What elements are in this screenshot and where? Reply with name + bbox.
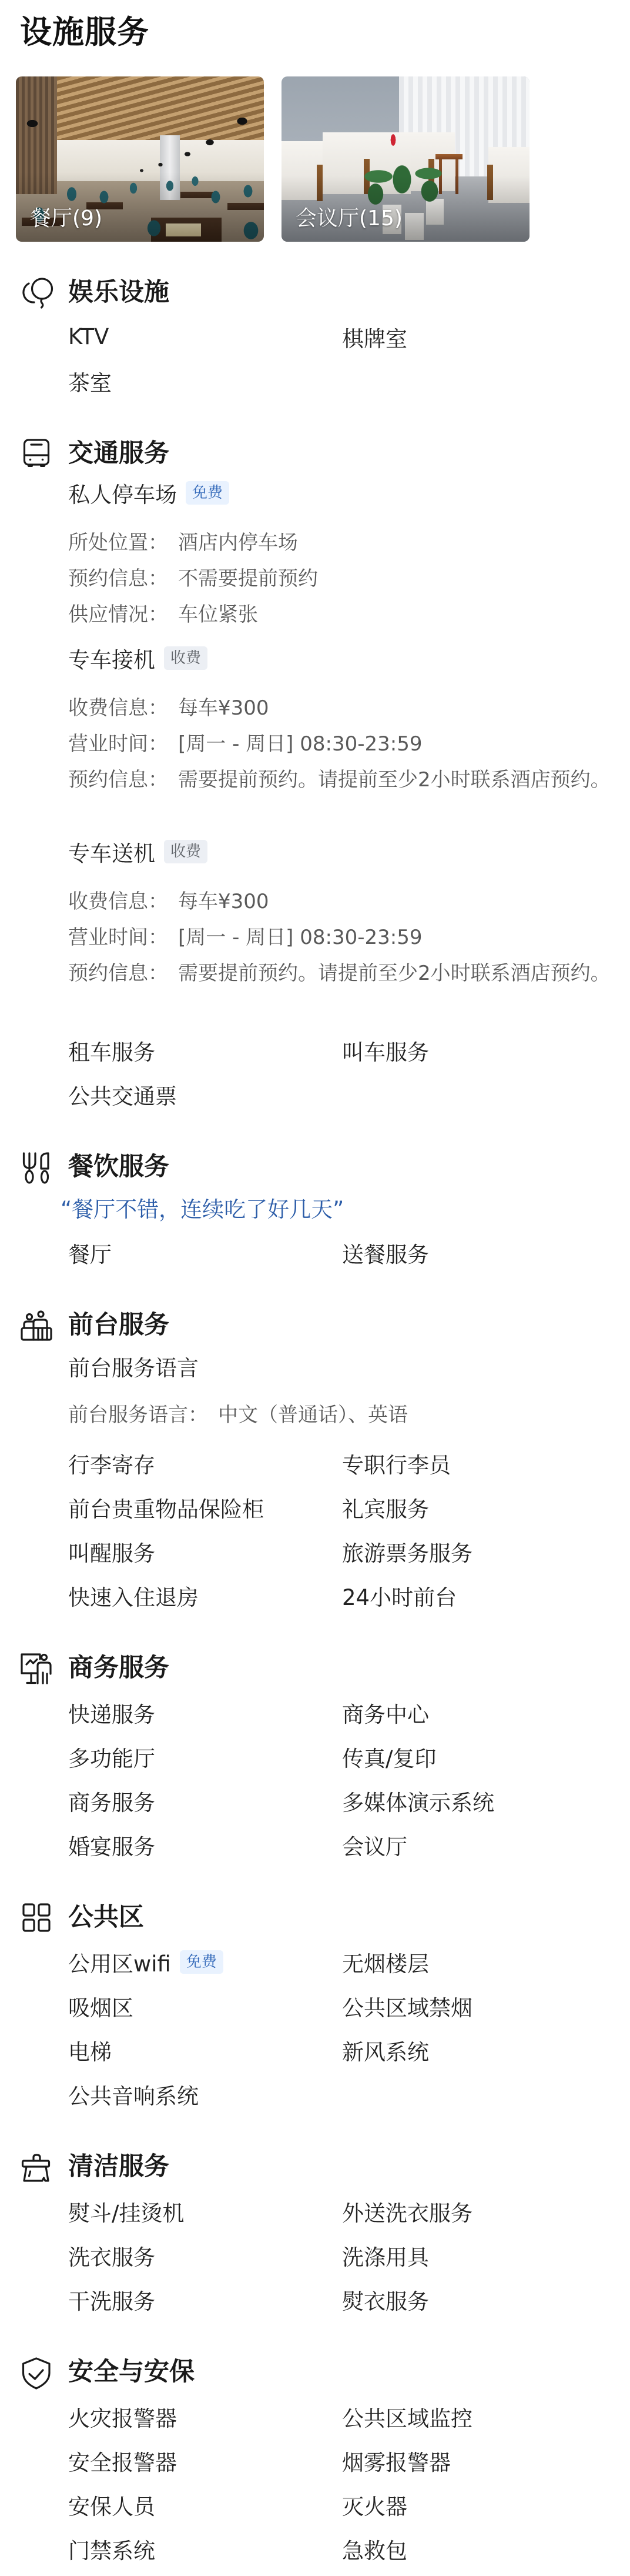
section-title: 交通服务 bbox=[68, 431, 169, 476]
facility-item: 洗衣服务 bbox=[68, 2233, 342, 2277]
service-name: 私人停车场 bbox=[68, 477, 177, 509]
service-front-desk-language: 前台服务语言 前台服务语言：中文（普通话）、英语 bbox=[0, 1349, 630, 1433]
service-details: 收费信息：每车¥300 营业时间：[周一 - 周日] 08:30-23:59 预… bbox=[0, 884, 630, 992]
section-header: 公共区 bbox=[0, 1895, 630, 1940]
facility-item: 快速入住退房 bbox=[68, 1573, 342, 1617]
detail-label: 收费信息： bbox=[68, 696, 168, 720]
facility-item: 安全报警器 bbox=[68, 2438, 342, 2482]
facility-list: 公用区wifi 免费 无烟楼层 吸烟区 公共区域禁烟 电梯 新风系统 公共音响系… bbox=[0, 1940, 630, 2116]
facility-item: 吸烟区 bbox=[68, 1984, 342, 2028]
facility-item: 租车服务 bbox=[68, 1028, 342, 1072]
section-title: 公共区 bbox=[68, 1895, 144, 1940]
facility-item: 专职行李员 bbox=[342, 1441, 616, 1485]
section-title: 前台服务 bbox=[68, 1303, 169, 1347]
facility-item: 公共交通票 bbox=[68, 1072, 342, 1116]
photo-gallery: 餐厅(9) 会议厅(15) bbox=[0, 76, 630, 242]
detail-row: 预约信息：需要提前预约。请提前至少2小时联系酒店预约。 bbox=[0, 956, 630, 992]
detail-value: [周一 - 周日] 08:30-23:59 bbox=[178, 732, 422, 756]
free-badge: 免费 bbox=[186, 481, 229, 505]
service-name: 专车送机 bbox=[68, 836, 155, 867]
detail-label: 供应情况： bbox=[68, 603, 168, 626]
detail-label: 营业时间： bbox=[68, 732, 168, 756]
facility-item-label: 公用区wifi bbox=[68, 1946, 171, 1978]
detail-label: 前台服务语言： bbox=[68, 1403, 208, 1427]
gallery-card-label: 会议厅(15) bbox=[296, 207, 403, 231]
detail-value: 需要提前预约。请提前至少2小时联系酒店预约。 bbox=[178, 962, 611, 985]
detail-row: 预约信息：不需要提前预约 bbox=[0, 561, 630, 597]
section-header: 餐饮服务 bbox=[0, 1144, 630, 1189]
facility-item: 公共区域禁烟 bbox=[342, 1984, 616, 2028]
facility-item: 多功能厅 bbox=[68, 1734, 342, 1778]
section-header: 前台服务 bbox=[0, 1303, 630, 1347]
section-safety: 安全与安保 火灾报警器 公共区域监控 安全报警器 烟雾报警器 安保人员 灭火器 … bbox=[0, 2350, 630, 2571]
facility-item: 多媒体演示系统 bbox=[342, 1778, 616, 1823]
detail-value: [周一 - 周日] 08:30-23:59 bbox=[178, 926, 422, 949]
section-dining: 餐饮服务 “餐厅不错，连续吃了好几天” 餐厅 送餐服务 bbox=[0, 1144, 630, 1274]
section-header: 清洁服务 bbox=[0, 2144, 630, 2189]
detail-label: 营业时间： bbox=[68, 926, 168, 949]
facility-item: 传真/复印 bbox=[342, 1734, 616, 1778]
facility-item: 前台贵重物品保险柜 bbox=[68, 1485, 342, 1529]
section-transport: 交通服务 私人停车场 免费 所处位置：酒店内停车场 预约信息：不需要提前预约 供… bbox=[0, 431, 630, 1116]
detail-row: 供应情况：车位紧张 bbox=[0, 597, 630, 633]
section-header: 安全与安保 bbox=[0, 2350, 630, 2394]
service-row: 前台服务语言 bbox=[0, 1349, 630, 1383]
service-private-parking: 私人停车场 免费 所处位置：酒店内停车场 预约信息：不需要提前预约 供应情况：车… bbox=[0, 476, 630, 633]
section-front-desk: 前台服务 前台服务语言 前台服务语言：中文（普通话）、英语 行李寄存 专职行李员… bbox=[0, 1303, 630, 1617]
gallery-card-restaurant[interactable]: 餐厅(9) bbox=[16, 76, 264, 242]
facility-list: 租车服务 叫车服务 公共交通票 bbox=[0, 1028, 630, 1116]
facility-item: 公用区wifi 免费 bbox=[68, 1940, 342, 1984]
detail-row: 营业时间：[周一 - 周日] 08:30-23:59 bbox=[0, 726, 630, 762]
service-row: 专车送机 收费 bbox=[0, 835, 630, 869]
utensils-icon bbox=[19, 1149, 54, 1184]
facility-item: 叫醒服务 bbox=[68, 1529, 342, 1573]
detail-value: 需要提前预约。请提前至少2小时联系酒店预约。 bbox=[178, 768, 611, 792]
facility-item: 电梯 bbox=[68, 2028, 342, 2072]
brush-icon bbox=[19, 2149, 54, 2184]
section-entertainment: 娱乐设施 KTV 棋牌室 茶室 bbox=[0, 270, 630, 403]
detail-label: 预约信息： bbox=[68, 567, 168, 590]
detail-value: 车位紧张 bbox=[178, 603, 258, 626]
paid-badge: 收费 bbox=[164, 840, 207, 863]
service-airport-pickup: 专车接机 收费 收费信息：每车¥300 营业时间：[周一 - 周日] 08:30… bbox=[0, 641, 630, 798]
detail-row: 预约信息：需要提前预约。请提前至少2小时联系酒店预约。 bbox=[0, 762, 630, 798]
section-title: 餐饮服务 bbox=[68, 1144, 169, 1189]
reception-icon bbox=[19, 1307, 54, 1343]
facility-item: 旅游票务服务 bbox=[342, 1529, 616, 1573]
facility-list: 熨斗/挂烫机 外送洗衣服务 洗衣服务 洗涤用具 干洗服务 熨衣服务 bbox=[0, 2189, 630, 2321]
section-title: 清洁服务 bbox=[68, 2144, 169, 2189]
facility-item: 送餐服务 bbox=[342, 1230, 616, 1274]
service-name: 专车接机 bbox=[68, 642, 155, 674]
page-title: 设施服务 bbox=[0, 0, 630, 65]
facility-item: 公共区域监控 bbox=[342, 2394, 616, 2438]
balloon-icon bbox=[19, 275, 54, 310]
bus-icon bbox=[19, 436, 54, 471]
facility-item: 会议厅 bbox=[342, 1823, 616, 1867]
facility-item: 叫车服务 bbox=[342, 1028, 616, 1072]
section-header: 交通服务 bbox=[0, 431, 630, 476]
facility-list: 快递服务 商务中心 多功能厅 传真/复印 商务服务 多媒体演示系统 婚宴服务 会… bbox=[0, 1690, 630, 1867]
detail-row: 前台服务语言：中文（普通话）、英语 bbox=[0, 1397, 630, 1433]
section-title: 娱乐设施 bbox=[68, 270, 169, 315]
section-business: 商务服务 快递服务 商务中心 多功能厅 传真/复印 商务服务 多媒体演示系统 婚… bbox=[0, 1646, 630, 1867]
service-details: 前台服务语言：中文（普通话）、英语 bbox=[0, 1397, 630, 1433]
service-airport-dropoff: 专车送机 收费 收费信息：每车¥300 营业时间：[周一 - 周日] 08:30… bbox=[0, 835, 630, 992]
gallery-card-label: 餐厅(9) bbox=[30, 207, 102, 231]
section-header: 商务服务 bbox=[0, 1646, 630, 1690]
detail-row: 收费信息：每车¥300 bbox=[0, 884, 630, 920]
detail-value: 每车¥300 bbox=[178, 696, 269, 720]
shield-check-icon bbox=[19, 2354, 54, 2390]
facility-item: 茶室 bbox=[68, 359, 342, 403]
facility-item: 商务中心 bbox=[342, 1690, 616, 1734]
facility-item: 灭火器 bbox=[342, 2482, 616, 2527]
facility-list: 餐厅 送餐服务 bbox=[0, 1230, 630, 1274]
facility-item: 安保人员 bbox=[68, 2482, 342, 2527]
detail-value: 每车¥300 bbox=[178, 890, 269, 913]
facility-item: 快递服务 bbox=[68, 1690, 342, 1734]
presentation-icon bbox=[19, 1650, 54, 1686]
detail-row: 所处位置：酒店内停车场 bbox=[0, 525, 630, 561]
review-quote: “餐厅不错，连续吃了好几天” bbox=[0, 1189, 630, 1230]
facility-list: 火灾报警器 公共区域监控 安全报警器 烟雾报警器 安保人员 灭火器 门禁系统 急… bbox=[0, 2394, 630, 2571]
facility-item: 熨衣服务 bbox=[342, 2277, 616, 2321]
facility-list: 行李寄存 专职行李员 前台贵重物品保险柜 礼宾服务 叫醒服务 旅游票务服务 快速… bbox=[0, 1441, 630, 1617]
facility-item: KTV bbox=[68, 315, 342, 359]
facility-item: 无烟楼层 bbox=[342, 1940, 616, 1984]
facility-item: 公共音响系统 bbox=[68, 2072, 342, 2116]
detail-label: 收费信息： bbox=[68, 890, 168, 913]
facility-item: 餐厅 bbox=[68, 1230, 342, 1274]
detail-row: 收费信息：每车¥300 bbox=[0, 690, 630, 726]
facility-item: 行李寄存 bbox=[68, 1441, 342, 1485]
paid-badge: 收费 bbox=[164, 646, 207, 670]
facility-item: 干洗服务 bbox=[68, 2277, 342, 2321]
section-title: 安全与安保 bbox=[68, 2350, 195, 2394]
service-details: 所处位置：酒店内停车场 预约信息：不需要提前预约 供应情况：车位紧张 bbox=[0, 525, 630, 633]
facility-item: 洗涤用具 bbox=[342, 2233, 616, 2277]
facility-item: 烟雾报警器 bbox=[342, 2438, 616, 2482]
service-row: 专车接机 收费 bbox=[0, 641, 630, 675]
gallery-card-meeting-room[interactable]: 会议厅(15) bbox=[282, 76, 530, 242]
facility-item: 棋牌室 bbox=[342, 315, 616, 359]
facility-item: 礼宾服务 bbox=[342, 1485, 616, 1529]
facility-item: 火灾报警器 bbox=[68, 2394, 342, 2438]
section-header: 娱乐设施 bbox=[0, 270, 630, 315]
grid-icon bbox=[19, 1900, 54, 1935]
section-title: 商务服务 bbox=[68, 1646, 169, 1690]
detail-label: 预约信息： bbox=[68, 962, 168, 985]
facility-item: 门禁系统 bbox=[68, 2527, 342, 2571]
detail-value: 酒店内停车场 bbox=[178, 531, 298, 555]
detail-label: 所处位置： bbox=[68, 531, 168, 555]
facility-item: 熨斗/挂烫机 bbox=[68, 2189, 342, 2233]
free-badge: 免费 bbox=[180, 1950, 223, 1974]
service-name: 前台服务语言 bbox=[68, 1350, 199, 1382]
facility-item: 24小时前台 bbox=[342, 1573, 616, 1617]
detail-value: 不需要提前预约 bbox=[178, 567, 318, 590]
facility-item: 外送洗衣服务 bbox=[342, 2189, 616, 2233]
facility-item: 新风系统 bbox=[342, 2028, 616, 2072]
facility-item: 商务服务 bbox=[68, 1778, 342, 1823]
detail-label: 预约信息： bbox=[68, 768, 168, 792]
section-cleaning: 清洁服务 熨斗/挂烫机 外送洗衣服务 洗衣服务 洗涤用具 干洗服务 熨衣服务 bbox=[0, 2144, 630, 2321]
service-row: 私人停车场 免费 bbox=[0, 476, 630, 510]
facility-item: 婚宴服务 bbox=[68, 1823, 342, 1867]
facility-item: 急救包 bbox=[342, 2527, 616, 2571]
detail-row: 营业时间：[周一 - 周日] 08:30-23:59 bbox=[0, 920, 630, 956]
facility-list: KTV 棋牌室 茶室 bbox=[0, 315, 630, 403]
detail-value: 中文（普通话）、英语 bbox=[218, 1403, 408, 1427]
section-public-area: 公共区 公用区wifi 免费 无烟楼层 吸烟区 公共区域禁烟 电梯 新风系统 公… bbox=[0, 1895, 630, 2116]
service-details: 收费信息：每车¥300 营业时间：[周一 - 周日] 08:30-23:59 预… bbox=[0, 690, 630, 798]
